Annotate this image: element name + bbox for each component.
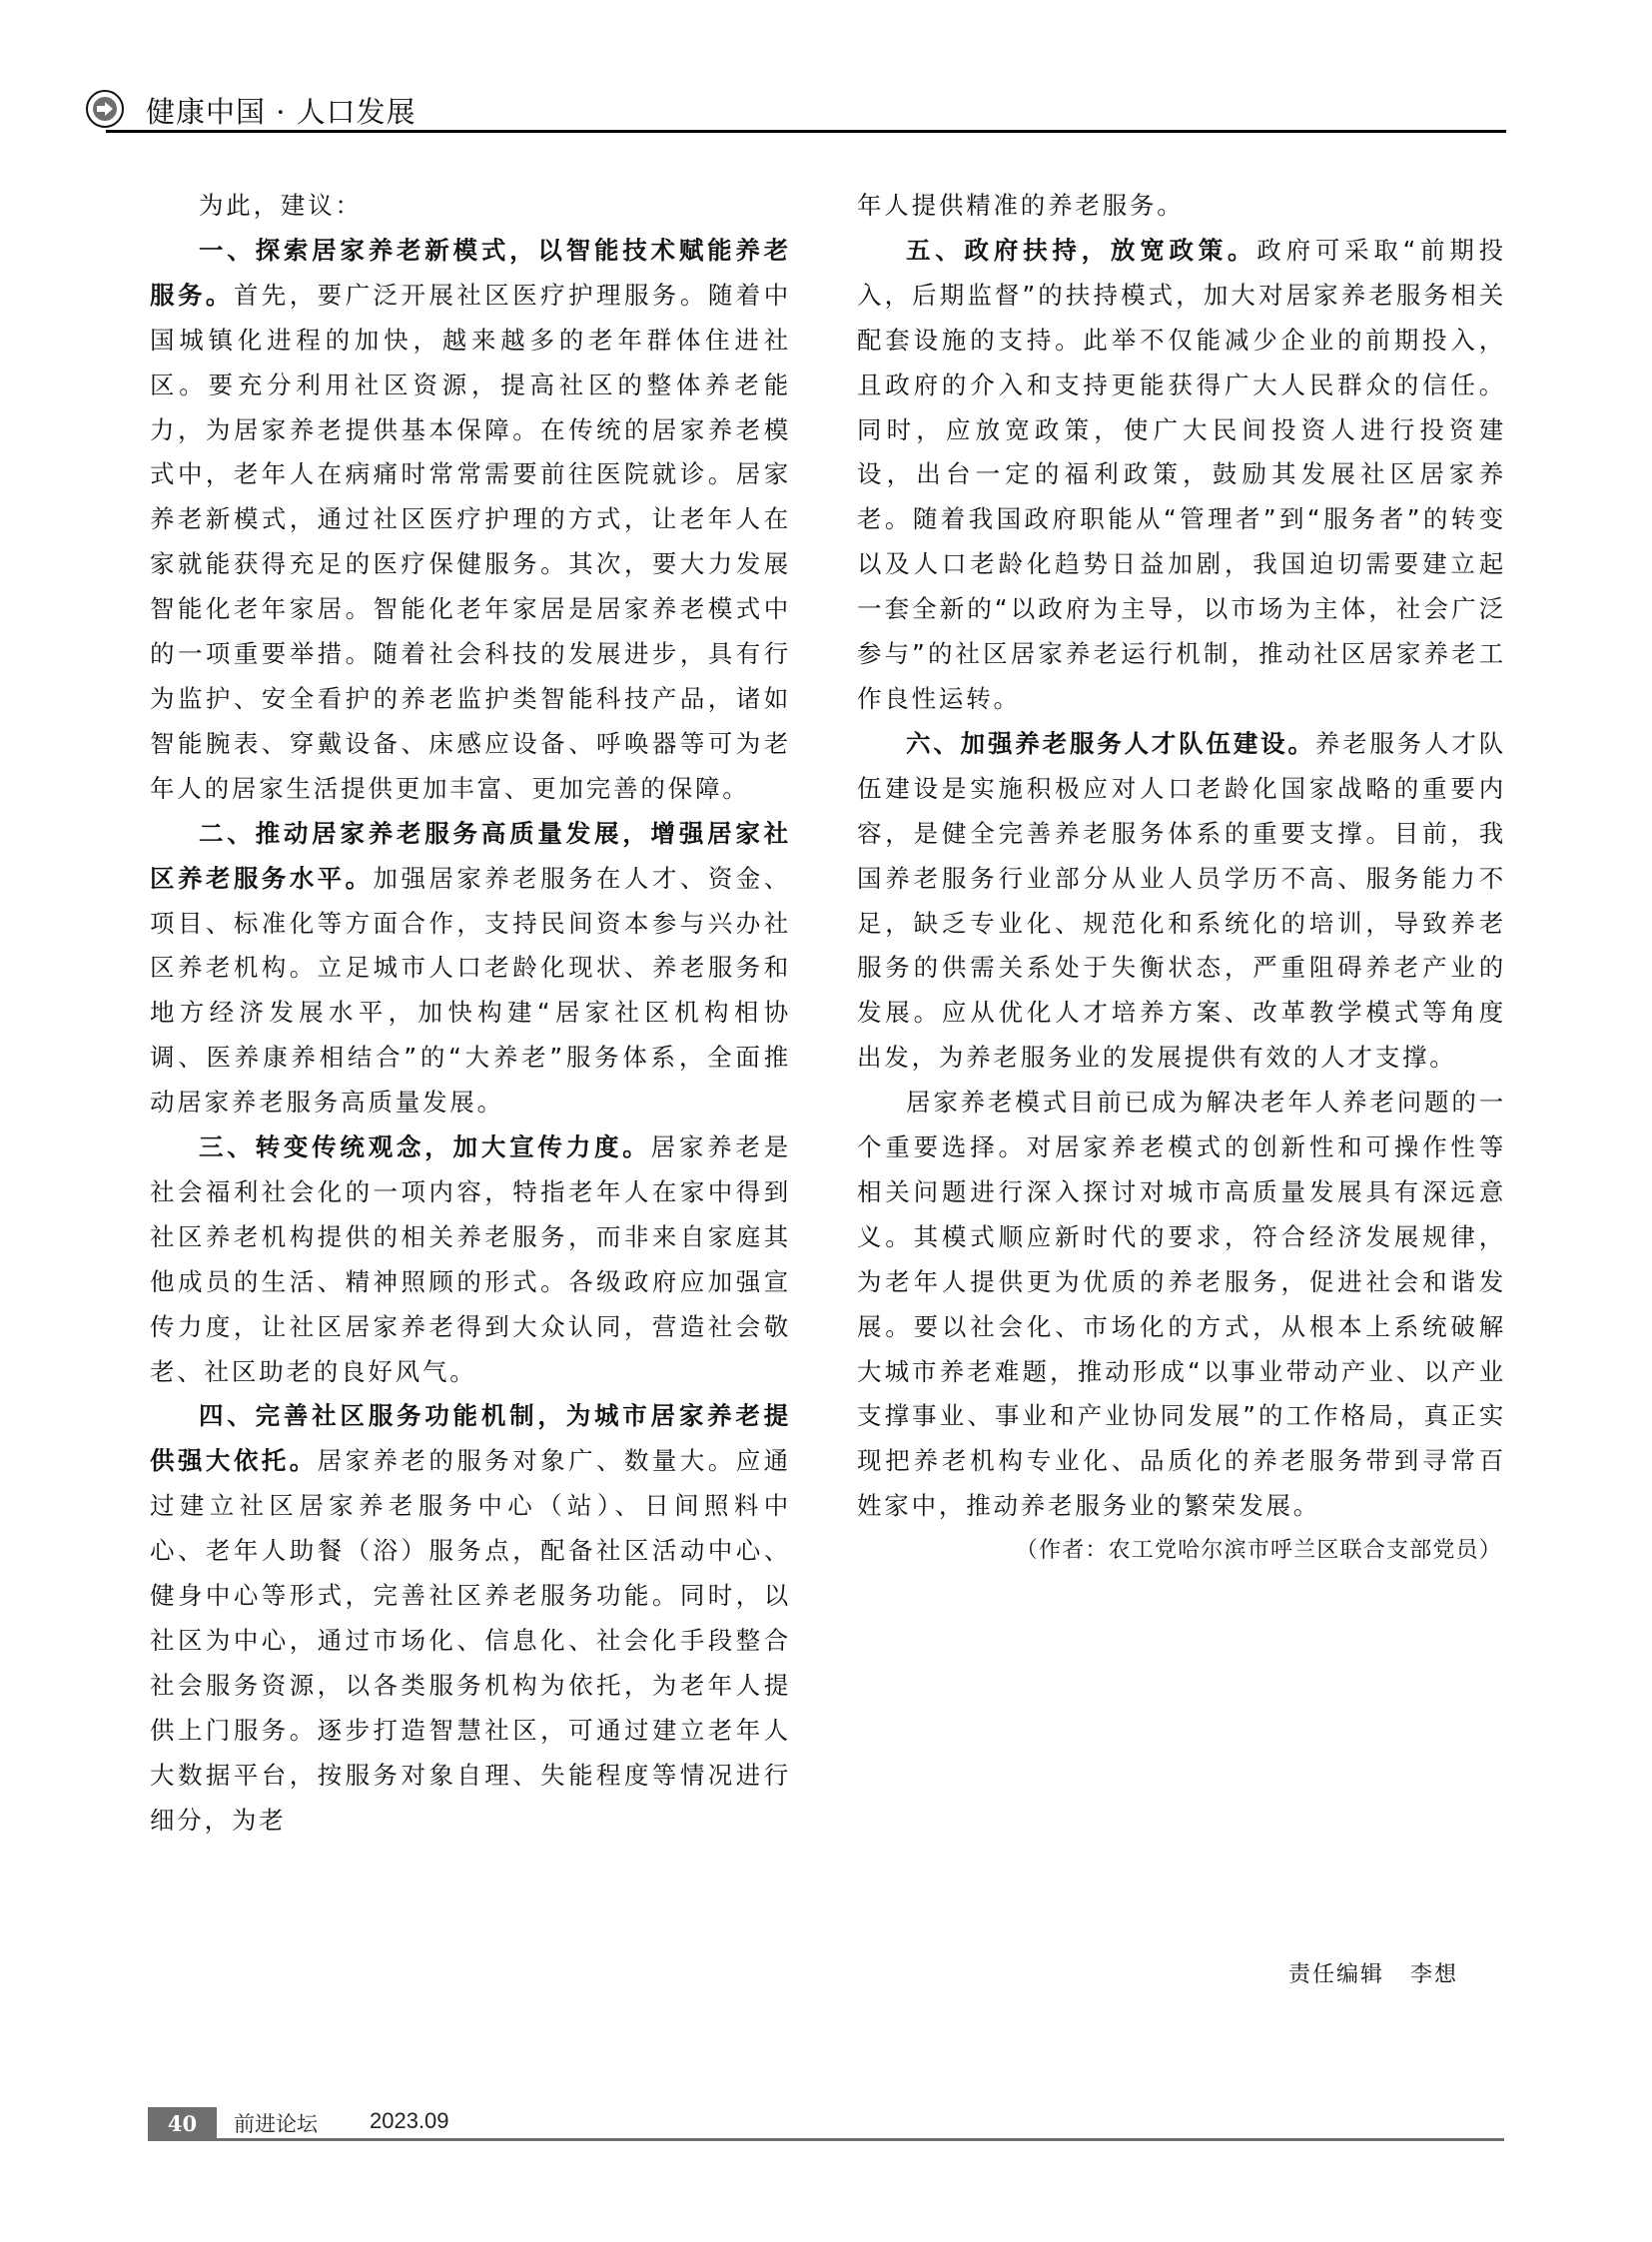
paragraph-continuation: 年人提供精准的养老服务。	[857, 184, 1506, 229]
editor-name: 李想	[1410, 1962, 1458, 1987]
paragraph-intro: 为此，建议：	[150, 184, 791, 229]
page-number: 40	[148, 2107, 217, 2141]
paragraph-section-2: 二、推动居家养老服务高质量发展，增强居家社区养老服务水平。加强居家养老服务在人才…	[150, 812, 791, 1125]
author-note: （作者：农工党哈尔滨市呼兰区联合支部党员）	[857, 1529, 1506, 1574]
section-title-sub: 人口发展	[297, 95, 416, 129]
page-header: 健康中国 · 人口发展	[86, 88, 1506, 134]
issue-date: 2023.09	[370, 2108, 449, 2134]
page-footer: 40 前进论坛 2023.09	[148, 2107, 1506, 2143]
arrow-right-circle-icon	[86, 90, 124, 128]
paragraph-section-4: 四、完善社区服务功能机制，为城市居家养老提供强大依托。居家养老的服务对象广、数量…	[150, 1394, 791, 1843]
section-title: 健康中国 · 人口发展	[146, 90, 416, 131]
paragraph-text: 养老服务人才队伍建设是实施积极应对人口老龄化国家战略的重要内容，是健全完善养老服…	[857, 729, 1506, 1072]
paragraph-text: 为此，建议：	[199, 191, 363, 220]
paragraph-section-1: 一、探索居家养老新模式，以智能技术赋能养老服务。首先，要广泛开展社区医疗护理服务…	[150, 229, 791, 812]
section-title-separator: ·	[276, 95, 286, 129]
paragraph-text: 加强居家养老服务在人才、资金、项目、标准化等方面合作，支持民间资本参与兴办社区养…	[150, 864, 791, 1118]
paragraph-section-6: 六、加强养老服务人才队伍建设。养老服务人才队伍建设是实施积极应对人口老龄化国家战…	[857, 722, 1506, 1081]
journal-name: 前进论坛	[234, 2108, 318, 2138]
paragraph-text: 年人提供精准的养老服务。	[857, 191, 1185, 220]
paragraph-text: 居家养老是社会福利社会化的一项内容，特指老年人在家中得到社区养老机构提供的相关养…	[150, 1132, 791, 1386]
paragraph-section-3: 三、转变传统观念，加大宣传力度。居家养老是社会福利社会化的一项内容，特指老年人在…	[150, 1125, 791, 1394]
editor-label: 责任编辑	[1288, 1962, 1384, 1987]
paragraph-text: 政府可采取“前期投入，后期监督”的扶持模式，加大对居家养老服务相关配套设施的支持…	[857, 236, 1506, 713]
paragraph-text: 居家养老的服务对象广、数量大。应通过建立社区居家养老服务中心（站）、日间照料中心…	[150, 1446, 791, 1834]
header-divider	[106, 130, 1506, 133]
paragraph-conclusion: 居家养老模式目前已成为解决老年人养老问题的一个重要选择。对居家养老模式的创新性和…	[857, 1081, 1506, 1529]
article-column-right: 年人提供精准的养老服务。 五、政府扶持，放宽政策。政府可采取“前期投入，后期监督…	[857, 184, 1506, 1574]
responsible-editor: 责任编辑李想	[1288, 1957, 1458, 1988]
section-heading: 六、加强养老服务人才队伍建设。	[906, 729, 1315, 758]
section-heading: 五、政府扶持，放宽政策。	[906, 236, 1256, 265]
paragraph-text: 首先，要广泛开展社区医疗护理服务。随着中国城镇化进程的加快，越来越多的老年群体住…	[150, 281, 791, 803]
article-column-left: 为此，建议： 一、探索居家养老新模式，以智能技术赋能养老服务。首先，要广泛开展社…	[150, 184, 791, 1844]
footer-divider	[217, 2138, 1504, 2141]
paragraph-text: 居家养老模式目前已成为解决老年人养老问题的一个重要选择。对居家养老模式的创新性和…	[857, 1088, 1506, 1520]
section-heading: 三、转变传统观念，加大宣传力度。	[199, 1132, 651, 1161]
section-title-main: 健康中国	[146, 95, 266, 129]
paragraph-section-5: 五、政府扶持，放宽政策。政府可采取“前期投入，后期监督”的扶持模式，加大对居家养…	[857, 229, 1506, 722]
